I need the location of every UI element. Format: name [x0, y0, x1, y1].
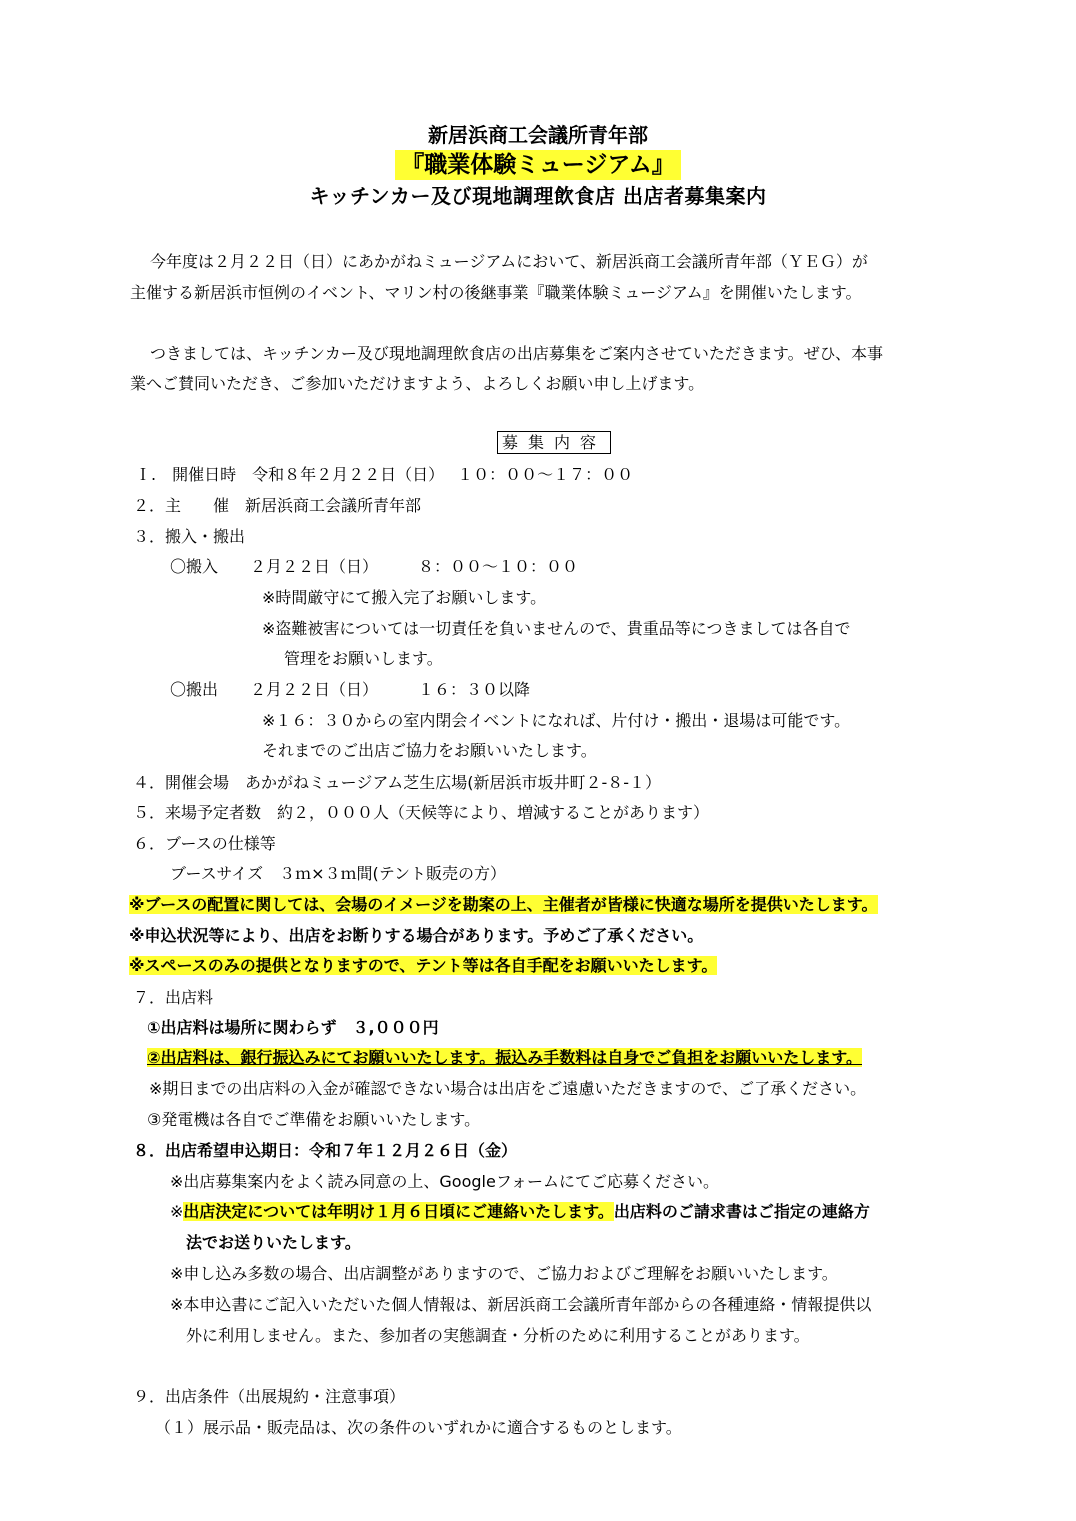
highlighted-note: ※スペースのみの提供となりますので、テント等は各自手配をお願いいたします。 [129, 956, 717, 975]
item-6-booth-size: ブースサイズ ３ｍ×３ｍ間(テント販売の方） [170, 863, 506, 885]
note-rest: 出店料のご請求書はご指定の連絡方 [614, 1202, 870, 1221]
intro-paragraph-2-line-2: 業へご賛同いただき、ご参加いただけますよう、よろしくお願い申し上げます。 [130, 373, 704, 395]
document-subtitle: キッチンカー及び現地調理飲食店 出店者募集案内 [0, 180, 1076, 212]
intro-paragraph-1-line-1: 今年度は２月２２日（日）にあかがねミュージアムにおいて、新居浜商工会議所青年部（… [150, 251, 868, 273]
item-7-fee-3: ③発電機は各自でご準備をお願いいたします。 [147, 1109, 480, 1131]
document-page: 新居浜商工会議所青年部 『職業体験ミュージアム』 キッチンカー及び現地調理飲食店… [0, 0, 1076, 1521]
item-3-load-in-note-2-cont: 管理をお願いします。 [284, 648, 443, 670]
item-9-condition-1: （１）展示品・販売品は、次の条件のいずれかに適合するものとします。 [155, 1417, 682, 1439]
item-2-organizer: ２．主 催 新居浜商工会議所青年部 [133, 495, 421, 517]
recruitment-details-heading: 募集内容 [497, 431, 611, 454]
item-8-note-2-cont: 法でお送りいたします。 [186, 1232, 361, 1254]
intro-paragraph-2-line-1: つきましては、キッチンカー及び現地調理飲食店の出店募集をご案内させていただきます… [150, 343, 883, 365]
section-heading: 募集内容 [497, 432, 611, 454]
item-8-note-1: ※出店募集案内をよく読み同意の上、Googleフォームにてご応募ください。 [170, 1171, 719, 1193]
event-title: 『職業体験ミュージアム』 [395, 150, 680, 180]
item-7-fee-2: ②出店料は、銀行振込みにてお願いいたします。振込み手数料は自身でご負担をお願いい… [147, 1047, 862, 1069]
document-header: 新居浜商工会議所青年部 『職業体験ミュージアム』 キッチンカー及び現地調理飲食店… [0, 120, 1076, 212]
organization-name: 新居浜商工会議所青年部 [0, 120, 1076, 150]
highlighted-note: ※ブースの配置に関しては、会場のイメージを勘案の上、主催者が皆様に快適な場所を提… [129, 895, 878, 914]
item-6-note-2: ※申込状況等により、出店をお断りする場合があります。予めご了承ください。 [129, 925, 703, 947]
item-6-note-3: ※スペースのみの提供となりますので、テント等は各自手配をお願いいたします。 [129, 955, 717, 977]
item-1-event-date: Ｉ. 開催日時 令和８年２月２２日（日） １０：００～１７：００ [135, 464, 633, 486]
item-6-note-1: ※ブースの配置に関しては、会場のイメージを勘案の上、主催者が皆様に快適な場所を提… [129, 894, 878, 916]
item-8-deadline: ８．出店希望申込期日：令和７年１２月２６日（金） [133, 1140, 517, 1162]
item-3-load-in: 〇搬入 ２月２２日（日） ８：００～１０：００ [170, 556, 578, 578]
intro-paragraph-1-line-2: 主催する新居浜市恒例のイベント、マリン村の後継事業『職業体験ミュージアム』を開催… [130, 282, 862, 304]
item-4-venue: ４．開催会場 あかがねミュージアム芝生広場(新居浜市坂井町２-８-１） [133, 772, 661, 794]
note-mark: ※ [170, 1202, 183, 1221]
item-9-conditions: ９．出店条件（出展規約・注意事項） [133, 1386, 405, 1408]
item-3-load-out-note-2: それまでのご出店ご協力をお願いいたします。 [262, 740, 597, 762]
item-3-load-out: 〇搬出 ２月２２日（日） １６：３０以降 [170, 679, 530, 701]
item-8-note-2: ※出店決定については年明け１月６日頃にご連絡いたします。出店料のご請求書はご指定… [170, 1201, 870, 1223]
highlighted-note: ②出店料は、銀行振込みにてお願いいたします。振込み手数料は自身でご負担をお願いい… [147, 1048, 862, 1067]
item-8-note-4-cont: 外に利用しません。また、参加者の実態調査・分析のために利用することがあります。 [186, 1325, 810, 1347]
item-3-load-out-note-1: ※１６：３０からの室内閉会イベントになれば、片付け・搬出・退場は可能です。 [262, 710, 850, 732]
item-7-fee-note: ※期日までの出店料の入金が確認できない場合は出店をご遠慮いただきますので、ご了承… [149, 1078, 866, 1100]
item-8-note-4: ※本申込書にご記入いただいた個人情報は、新居浜商工会議所青年部からの各種連絡・情… [170, 1294, 871, 1316]
item-3-load-in-note-2: ※盗難被害については一切責任を負いませんので、貴重品等につきましては各自で [262, 618, 850, 640]
item-5-attendance: ５．来場予定者数 約２，０００人（天候等により、増減することがあります） [133, 802, 709, 824]
item-8-note-3: ※申し込み多数の場合、出店調整がありますので、ご協力およびご理解をお願いいたしま… [170, 1263, 838, 1285]
item-3-load-in-out: ３．搬入・搬出 [133, 526, 245, 548]
item-7-fee: ７．出店料 [133, 987, 213, 1009]
item-7-fee-1: ①出店料は場所に関わらず ３,０００円 [147, 1017, 439, 1039]
highlighted-note: 出店決定については年明け１月６日頃にご連絡いたします。 [183, 1202, 613, 1221]
item-6-booth-specs: ６．ブースの仕様等 [133, 833, 276, 855]
item-3-load-in-note-1: ※時間厳守にて搬入完了お願いします。 [262, 587, 546, 609]
